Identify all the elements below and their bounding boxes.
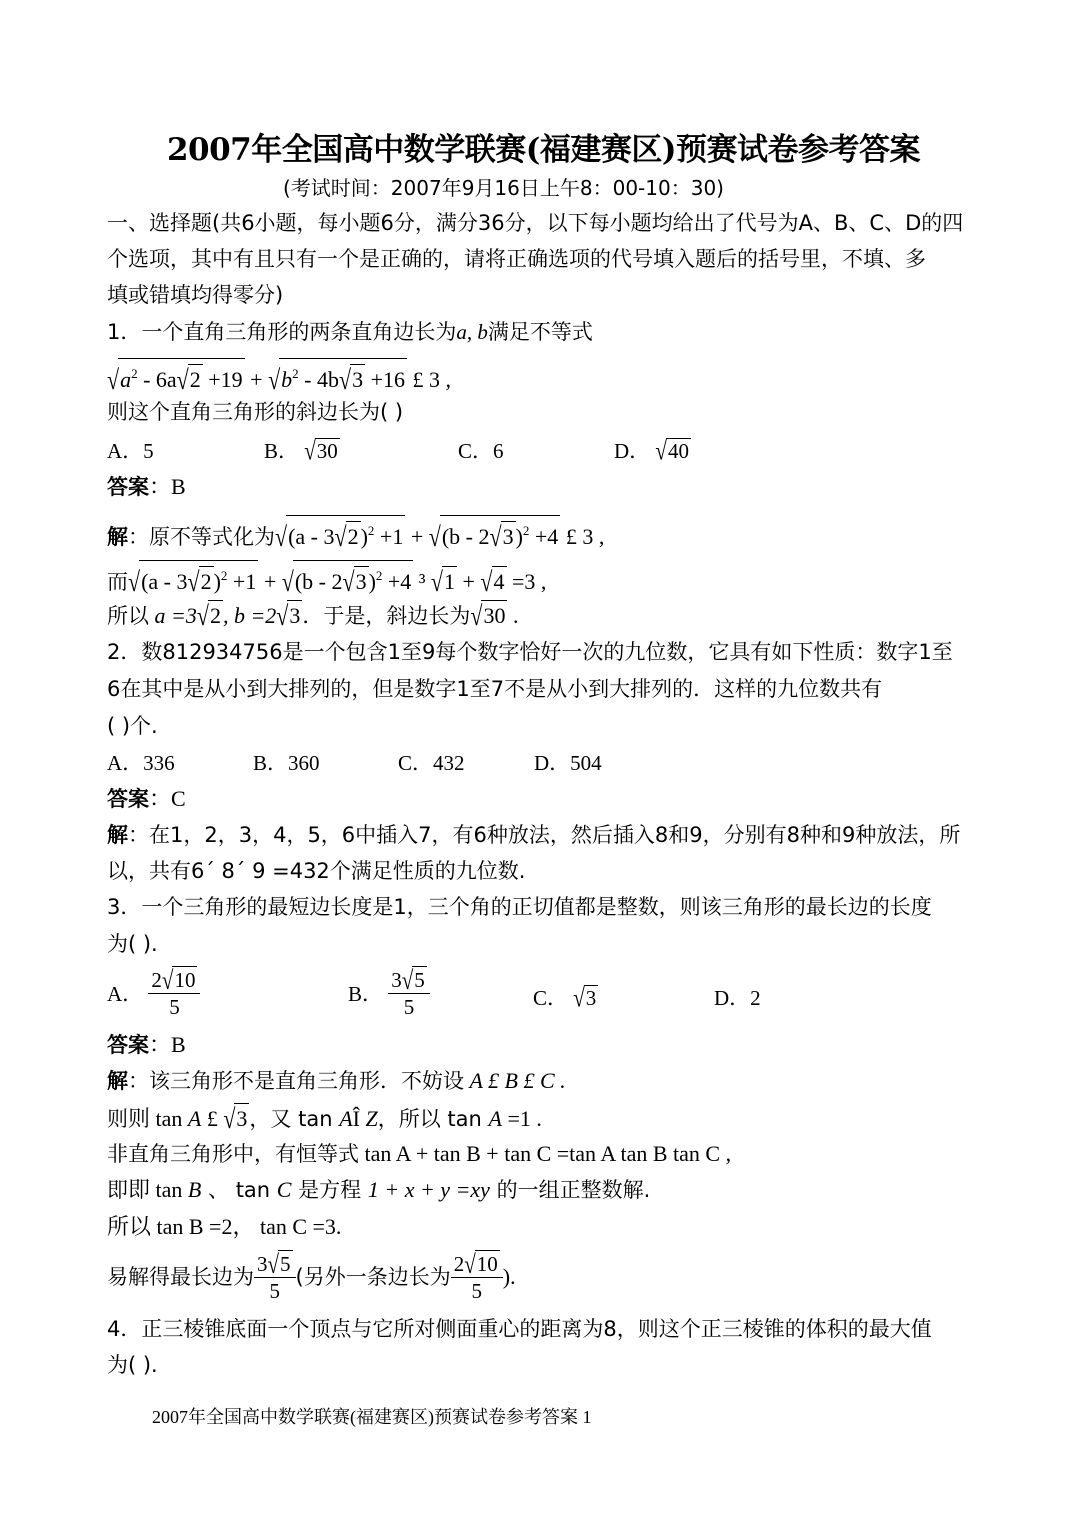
q1-option-c: C．6 [458,435,504,465]
radicand: 5 [412,966,427,993]
q1-option-a: A．5 [107,435,154,465]
q2-option-a: A．336 [107,747,175,777]
math-expr: A £ B £ C . [464,1068,566,1093]
term: ) [361,524,368,549]
option-label: D． [714,986,750,1010]
solution-text: 非直角三角形中，有恒等式 [107,1142,359,1166]
radicand: 3 [287,600,302,631]
q3-solution-line-3: 非直角三角形中，有恒等式 tan A + tan B + tan C =tan … [107,1139,731,1169]
radicand: 2 [208,600,223,631]
term: ) [214,569,221,594]
relation: £ 3 , [560,524,604,549]
coef: 2 [454,1252,465,1276]
radicand: 10 [172,966,197,993]
q3-option-b: B． 3√55 [348,966,430,1020]
fraction: 3√55 [254,1250,296,1304]
term: , b =2 [223,603,276,628]
solution-label: 解 [107,525,128,549]
q2-answer: 答案：C [107,784,186,814]
var: C [277,1177,292,1202]
term: . [507,603,518,628]
q2-solution-line-2: 以，共有6´ 8´ 9 =432个满足性质的九位数. [107,856,525,886]
term: +4 [382,569,411,594]
q2-stem-line-2: 6在其中是从小到大排列的，但是数字1至7不是从小到大排列的．这样的九位数共有 [107,674,882,704]
solution-text: ．于是，斜边长为 [302,604,470,628]
fraction: 3√55 [388,966,430,1020]
denominator: 5 [388,994,430,1020]
q3-stem-line-1: 3．一个三角形的最短边长度是1，三个角的正切值都是整数，则该三角形的最长边的长度 [107,892,932,922]
q3-option-a: A． 2√105 [107,966,200,1020]
solution-label: 解 [107,823,128,847]
equation: 1 + x + y =xy [368,1177,490,1202]
answer-value: ：B [149,1032,186,1057]
var: B [188,1177,201,1202]
solution-text: ：在1，2，3，4，5，6中插入7，有6种放法，然后插入8和9，分别有8种和9种… [128,823,960,847]
option-value: 40 [666,438,691,464]
term: =1 . [502,1106,542,1131]
q3-solution-line-1: 解：该三角形不是直角三角形．不妨设 A £ B £ C . [107,1066,566,1096]
exam-time-subtitle: (考试时间：2007年9月16日上午8：00-10：30) [283,172,724,201]
option-value: 5 [143,439,154,463]
q3-option-d: D．2 [714,982,761,1012]
q1-ask: 则这个直角三角形的斜边长为( ) [107,397,403,427]
section-intro-line-1: 一、选择题(共6小题，每小题6分，满分36分，以下每小题均给出了代号为A、B、C… [107,208,963,238]
q3-solution-line-4: 即即 tan B 、 tan C 是方程 1 + x + y =xy 的一组正整… [107,1175,650,1205]
q3-option-c: C． √3 [533,982,598,1012]
solution-text: ，所以 tan [378,1107,489,1131]
q3-solution-line-5: 所以 tan B =2， tan C =3. [107,1212,341,1242]
denominator: 5 [451,1278,503,1304]
option-value: 30 [315,438,340,464]
q1-option-d: D． √40 [614,435,691,465]
relation: £ 3 , [407,367,451,392]
q3-solution-line-2: 则则 tan A £ √3，又 tan AÎ Z，所以 tan A =1 . [107,1103,542,1134]
term: a =3 [149,603,197,628]
answer-label: 答案 [107,475,149,499]
solution-text: ：原不等式化为 [128,525,275,549]
option-label: A． [107,439,143,463]
radicand: 2 [346,521,361,552]
term: - 6a [138,367,177,392]
q1-option-b: B． √30 [264,435,340,465]
q1-inequality: √a2 - 6a√2 +19 + √b2 - 4b√3 +16 £ 3 , [107,358,451,395]
option-label: C． [533,986,568,1010]
q3-stem-line-2: 为( ). [107,929,158,959]
solution-text: 易解得最长边为 [107,1265,254,1289]
q3-answer: 答案：B [107,1030,186,1060]
radicand: 1 [442,566,457,597]
term: (b - 2 [442,524,490,549]
radicand: 2 [188,364,203,395]
term: ). [503,1264,516,1289]
var: A [188,1106,201,1131]
radicand: 30 [481,600,507,631]
term: ) [369,569,376,594]
section-intro-line-3: 填或错填均得零分) [107,280,283,310]
fraction: 2√105 [148,966,200,1020]
term: 、 tan [201,1178,276,1202]
q2-option-d: D．504 [534,747,602,777]
solution-text: ，又 tan [249,1107,339,1131]
term: ) [516,524,523,549]
option-value: 6 [493,439,504,463]
document-title: 2007年全国高中数学联赛(福建赛区)预赛试卷参考答案 [0,124,1087,169]
answer-label: 答案 [107,1033,149,1057]
page-footer: 2007年全国高中数学联赛(福建赛区)预赛试卷参考答案 1 [152,1403,592,1429]
option-label: B． [264,439,299,463]
solution-text: ：该三角形不是直角三角形．不妨设 [128,1069,464,1093]
q4-stem-line-1: 4．正三棱锥底面一个顶点与它所对侧面重心的距离为8，则这个正三棱锥的体积的最大值 [107,1314,932,1344]
denominator: 5 [148,994,200,1020]
var: A [488,1106,501,1131]
q2-stem-line-1: 2．数812934756是一个包含1至9每个数字恰好一次的九位数，它具有如下性质… [107,637,953,667]
solution-text: 是方程 [291,1178,367,1202]
plus: + [258,569,281,594]
option-label: C． [458,439,493,463]
q1-stem-text: 1．一个直角三角形的两条直角边长为 [107,320,456,344]
radicand: 10 [475,1250,500,1277]
plus: + [457,569,480,594]
plus: + [405,524,428,549]
section-intro-line-2: 个选项，其中有且只有一个是正确的，请将正确选项的代号填入题后的括号里，不填、多 [107,244,926,274]
solution-text: 而 [107,570,128,594]
q3-solution-line-6: 易解得最长边为3√55(另外一条边长为2√105). [107,1250,516,1304]
denominator: 5 [254,1278,296,1304]
option-label: D． [614,439,650,463]
term: +1 [374,524,403,549]
var-b: b [281,367,292,392]
term: +16 [365,367,405,392]
q1-solution-line-3: 所以 a =3√2, b =2√3．于是，斜边长为√30 . [107,600,518,631]
term: - 4b [299,367,339,392]
term: +1 [227,569,256,594]
var: Z [365,1106,377,1131]
q1-stem-end: 满足不等式 [488,320,593,344]
math-expr: tan A + tan B + tan C =tan A tan B tan C… [359,1141,731,1166]
radicand: 3 [234,1103,249,1134]
term: (a - 3 [141,569,187,594]
solution-text: 所以 [107,604,149,628]
answer-value: ：C [149,786,186,811]
term: (a - 3 [288,524,334,549]
radicand: 2 [199,566,214,597]
solution-text: 的一组正整数解. [490,1178,650,1202]
answer-label: 答案 [107,787,149,811]
var-a: a [120,367,131,392]
q4-stem-line-2: 为( ). [107,1350,158,1380]
fraction: 2√105 [451,1250,503,1304]
q2-option-b: B．360 [253,747,320,777]
q1-stem: 1．一个直角三角形的两条直角边长为a, b满足不等式 [107,317,593,347]
var: A [339,1106,352,1131]
q1-solution-line-2: 而√(a - 3√2)2 +1 + √(b - 2√3)2 +4 ³ √1 + … [107,560,546,597]
q1-stem-vars: a, b [456,320,488,344]
sqrt-expr-a: √a2 - 6a√2 +19 [107,358,245,395]
radicand: 3 [501,521,516,552]
option-label: B． [348,982,383,1006]
coef: 3 [391,968,402,992]
option-label: A． [107,982,143,1006]
term: 即 tan [128,1177,188,1202]
coef: 2 [151,968,162,992]
term: (b - 2 [295,569,343,594]
solution-label: 解 [107,1069,128,1093]
relation: Î [353,1106,366,1131]
radicand: 5 [278,1250,293,1277]
q1-solution-line-1: 解：原不等式化为√(a - 3√2)2 +1 + √(b - 2√3)2 +4 … [107,515,604,552]
radicand: 3 [350,364,365,395]
relation: ³ [413,569,431,594]
term: +19 [203,367,243,392]
coef: 3 [257,1252,268,1276]
q2-solution-line-1: 解：在1，2，3，4，5，6中插入7，有6种放法，然后插入8和9，分别有8种和9… [107,820,960,850]
option-value: 2 [750,986,761,1010]
solution-text: (另外一条边长为 [296,1265,451,1289]
term: +4 [529,524,558,549]
q2-option-c: C．432 [398,747,465,777]
relation: £ [201,1106,223,1131]
plus: + [245,367,268,392]
term: =3 , [507,569,547,594]
radicand: 3 [354,566,369,597]
q2-stem-line-3: ( )个. [107,711,158,741]
term: 则 tan [128,1106,188,1131]
radicand: 3 [584,985,599,1011]
radicand: 4 [492,566,507,597]
sqrt-expr-b: √b2 - 4b√3 +16 [268,358,407,395]
q1-answer: 答案：B [107,472,186,502]
answer-value: ：B [149,474,186,499]
